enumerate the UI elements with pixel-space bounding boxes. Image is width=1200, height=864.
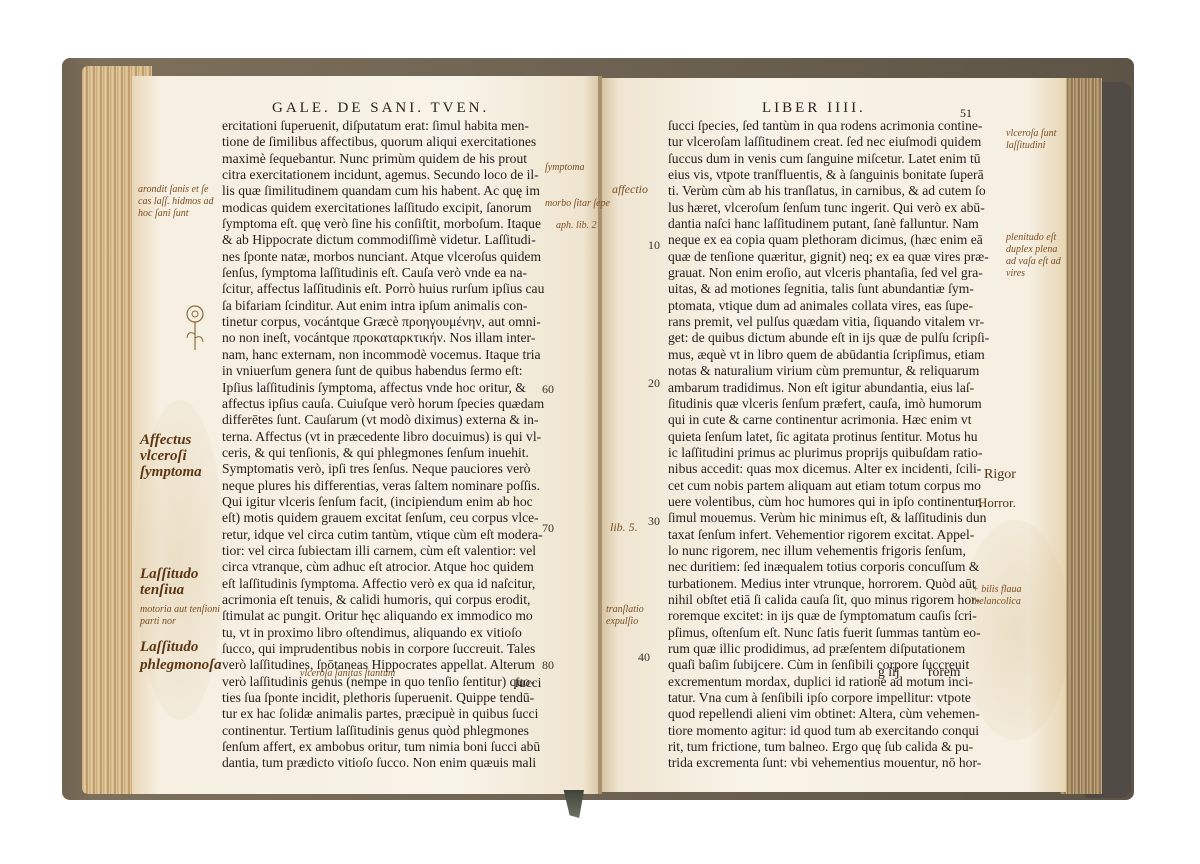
text-line: nibus accedit: quas mox dicemus. Alter e… [668,461,989,477]
margin-note: Affectus vlceroſi ſymptoma [140,432,220,480]
line-number: 60 [542,382,554,397]
text-line: pſimus, oſtenſum eſt. Nunc ſatis fuerit … [668,625,989,641]
text-line: ſenſum affert, ex ambobus oritur, tum ni… [222,739,544,755]
text-line: lis quæ ſimilitudinem quandam cum his ha… [222,183,544,199]
text-line: ti. Verùm cùm ab his tranſlatus, in carn… [668,183,989,199]
text-line: eſt) motis quidem grauem excitat ſenſum,… [222,510,544,526]
text-line: ſymptoma eſt. quę verò ſine his conſiſti… [222,216,544,232]
text-line: nes ſponte natæ, morbos nunciant. Atque … [222,249,544,265]
text-line: ercitationi ſuperuenit, diſputatum erat:… [222,118,544,134]
text-line: ſcitur, affectus laſſitudinis eſt. Porrò… [222,281,544,297]
text-line: Ipſius laſſitudinis ſymptoma, affectus v… [222,380,544,396]
line-number: 80 [542,658,554,673]
text-line: Qui igitur vlceris ſenſum facit, (incipi… [222,494,544,510]
margin-note: vlceroſa ſunt laſſitudini [1006,128,1062,152]
text-line: dantia naſci hanc laſſitudinem putant, ſ… [668,216,989,232]
text-line: ic laſſitudini primus ac plurimus propri… [668,445,989,461]
text-line: ſitudinis quæ vlceris ſenſum præfert, ca… [668,396,989,412]
text-line: mus, æquè vt in libro quem de abūdantia … [668,347,989,363]
text-line: tinetur corpus, vocántque Græcè προηγουμ… [222,314,544,330]
margin-note: vlceroſa ſanitas ſtantum [300,668,395,680]
text-line: lo nunc rigorem, nec illum vehementis fr… [668,543,989,559]
text-line: continentur. Tertium laſſitudinis genus … [222,723,544,739]
text-line: qui in cute & carne continentur acrimoni… [668,412,989,428]
running-head-left: GALE. DE SANI. TVEN. [272,100,489,117]
text-line: roremque excitet: in ijs quæ de ſymptoma… [668,608,989,624]
text-line: grauat. Non enim eroſio, aut vlceris pha… [668,265,989,281]
text-line: neque plures his differentias, veras ſal… [222,478,544,494]
margin-note: plenitudo eſt duplex plena ad vaſa eſt a… [1006,232,1062,280]
text-line: uere volentibus, cùm hoc humores qui in … [668,494,989,510]
margin-note: Horror. [978,496,1016,510]
text-line: ambarum tradidimus. Non eſt igitur abund… [668,380,989,396]
text-line: no non ineſt, vocántque προκαταρκτικήν. … [222,330,544,346]
text-line: tur ex hac ſolidæ animalis partes, præci… [222,706,544,722]
text-line: quæ de tenſione quæritur, gignit) neq; e… [668,249,989,265]
gutter [598,76,602,794]
text-line: uitas, & ad motiones ſegnitia, talis ſun… [668,281,989,297]
text-line: eius vis, vtpote tranſfluentis, & à ſang… [668,167,989,183]
text-line: ceris, & qui tenſionis, & qui phlegmones… [222,445,544,461]
text-line: quod repellendi alieni vim obtinet: Alte… [668,706,989,722]
text-line: ſuccus dum in venis cum ſanguine miſcetu… [668,151,989,167]
margin-note: Rigor [984,468,1016,482]
text-line: rans premit, vel pulſus quædam vitia, ſi… [668,314,989,330]
page-edges-right [1060,78,1102,794]
text-line: Symptomatis verò, ipſi tres ſenſus. Nequ… [222,461,544,477]
text-line: ſucci ſpecies, ſed tantùm in qua rodens … [668,118,989,134]
text-line: taxat ſenſum infert. Vehementior rigorem… [668,527,989,543]
text-line: citra exercitationem incidunt, agemus. S… [222,167,544,183]
text-line: tur vlceroſam laſſitudinem creat. ſed ne… [668,134,989,150]
text-line: tatur. Vna cum à ſenſibili ipſo corpore … [668,690,989,706]
text-line: terna. Affectus (vt in præcedente libro … [222,429,544,445]
text-line: maximè ſequebantur. Nunc primùm quidem d… [222,151,544,167]
margin-note: motoria aut tenſioni parti nor [140,604,222,628]
line-number: 40 [638,650,650,665]
text-line: nec duritiem: ſed inæqualem totius corpo… [668,559,989,575]
margin-note: lib. 5. [610,520,638,534]
text-line: tu, vt in proximo libro oſtendimus, aliq… [222,625,544,641]
text-line: cet cum nobis partem aliquam aut etiam t… [668,478,989,494]
text-line: & ab Hippocrate dictum commodiſſimè vide… [222,232,544,248]
text-line: quieta ſenſum latet, ſic agitata protinu… [668,429,989,445]
text-line: modicas quidem exercitationes laſſitudo … [222,200,544,216]
margin-note: Laſſitudo tenſiua [140,566,220,598]
catchword-right: rorem [928,664,960,680]
text-line: tior: vel circa ſubiectam illi carnem, c… [222,543,544,559]
text-line: in vniuerſum genera ſunt de quibus haben… [222,363,544,379]
line-number: 30 [648,514,660,529]
text-line: dantia, tum prædicto vitioſo ſucco. Non … [222,755,544,771]
text-line: differētes ſunt. Cauſarum (vt modò dixim… [222,412,544,428]
line-number: 20 [648,376,660,391]
margin-note: arondit ſanis et ſe cas laſſ. hidmos ad … [138,184,220,220]
catchword-left: ſucci [515,675,541,691]
text-line: retur, idque vel circa cutim tantùm, vti… [222,527,544,543]
text-line: circa vtranque, cùm adhuc eſt atrocior. … [222,559,544,575]
text-line: nihil obſtet etiā ſi calida cauſa ſit, q… [668,592,989,608]
text-line: nam, hanc externam, non incommodè vocemu… [222,347,544,363]
text-line: ptomata, vtique dum ad animales collata … [668,298,989,314]
text-line: tione de ſimilibus affectibus, quorum al… [222,134,544,150]
text-line: rum quæ illic prodidimus, ad præſentem d… [668,641,989,657]
margin-note: ſymptoma [545,162,584,174]
signature-mark: g iij [878,664,900,680]
flower-drawing-icon [182,304,208,352]
margin-note: affectio [612,182,648,196]
text-line: trida excrementa ſunt: vbi vehementius m… [668,755,989,771]
text-line: turbationem. Medius inter vtrunque, horr… [668,576,989,592]
text-line: tiore momento agitur: id quod tum ab exe… [668,723,989,739]
text-line: affectus ipſius cauſa. Cuiuſque verò hor… [222,396,544,412]
text-line: ſenſus, ſymptoma laſſitudinis eſt. Cauſa… [222,265,544,281]
line-number: 10 [648,238,660,253]
margin-note: tranſlatio expulſio [606,604,668,628]
text-line: neque ex ea copia quam plethoram dicimus… [668,232,989,248]
line-number: 70 [542,521,554,536]
text-line: ſimul mouemus. Verùm hic minimus eſt, & … [668,510,989,526]
text-line: acrimonia eſt tenuis, & calidi humoris, … [222,592,544,608]
text-line: get: de quibus dictum abunde eſt in ijs … [668,330,989,346]
text-line: rit, tum frictione, tum balneo. Ergo quę… [668,739,989,755]
margin-note: aph. lib. 2 [556,220,597,232]
text-line: ties ſua ſponte incidit, plethoris ſuper… [222,690,544,706]
text-line: eſt laſſitudinis ſymptoma. Affectio verò… [222,576,544,592]
running-head-right: LIBER IIII. [762,100,866,117]
text-line: ſa bifariam ſcinditur. Aut enim intra ip… [222,298,544,314]
margin-note: morbo ſitar ſepe [545,198,610,210]
text-line: notas & naturalium virium cùm premuntur,… [668,363,989,379]
text-line: lus hæret, vlceroſum ſenſum tunc ingerit… [668,200,989,216]
text-line: ſtimulat ac pungit. Oritur hęc aliquando… [222,608,544,624]
text-line: ſucco, qui imprudentibus nobis in corpor… [222,641,544,657]
margin-note: Laſſitudo phlegmonoſa [140,638,222,674]
margin-note: + bilis flaua melancolica [972,584,1052,608]
